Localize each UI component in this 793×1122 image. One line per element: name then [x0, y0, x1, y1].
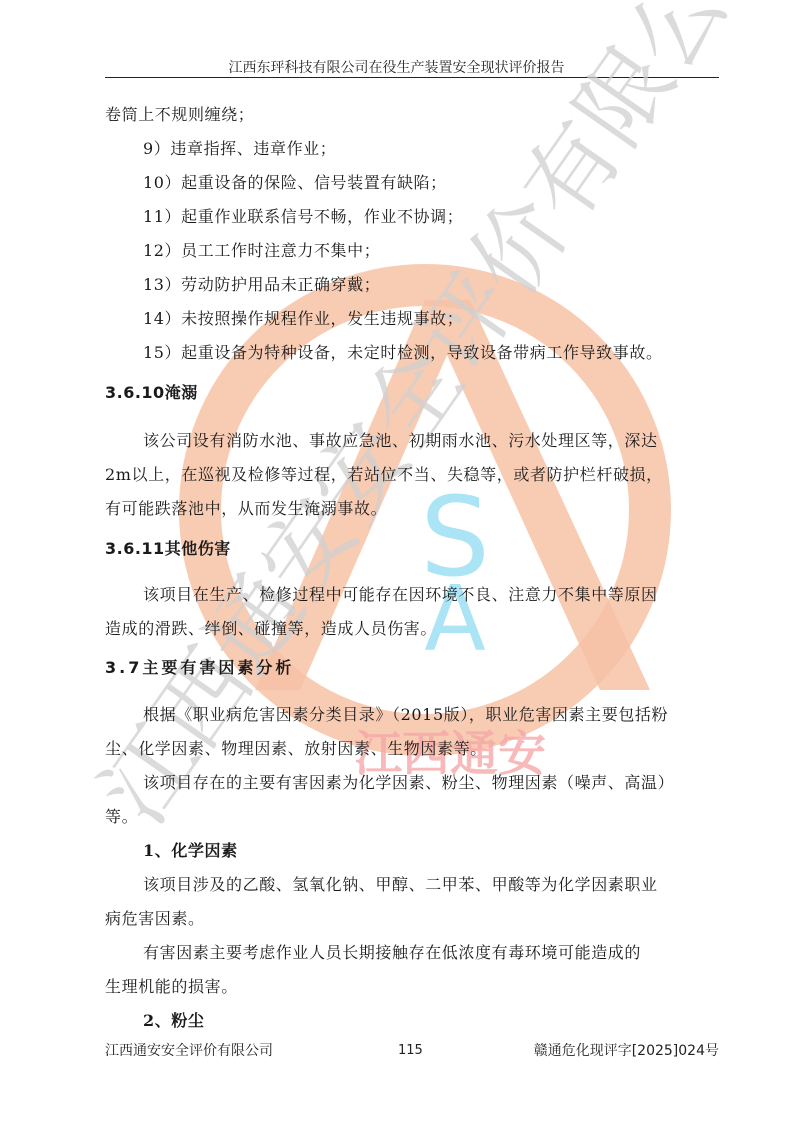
paragraph-line: 生理机能的损害。: [105, 974, 238, 997]
paragraph-line: 等。: [105, 804, 138, 827]
paragraph-line: 有害因素主要考虑作业人员长期接触存在低浓度有毒环境可能造成的: [143, 940, 641, 963]
list-item: 15）起重设备为特种设备，未定时检测，导致设备带病工作导致事故。: [143, 340, 663, 363]
paragraph-line: 造成的滑跌、绊倒、碰撞等，造成人员伤害。: [105, 616, 437, 639]
subheading-dust: 2、粉尘: [143, 1008, 205, 1031]
section-heading-3-6-10: 3.6.10淹溺: [105, 380, 198, 403]
report-header-title: 江西东玶科技有限公司在役生产装置安全现状评价报告: [0, 57, 793, 77]
page-number: 115: [398, 1043, 423, 1058]
paragraph-line: 该项目存在的主要有害因素为化学因素、粉尘、物理因素（噪声、高温）: [143, 770, 674, 793]
section-heading-3-6-11: 3.6.11其他伤害: [105, 536, 231, 559]
footer-report-code: 赣通危化现评字[2025]024号: [534, 1040, 719, 1060]
list-item: 13）劳动防护用品未正确穿戴；: [143, 272, 380, 295]
subheading-chemical-factors: 1、化学因素: [143, 838, 238, 861]
paragraph-line: 该项目在生产、检修过程中可能存在因环境不良、注意力不集中等原因: [143, 582, 658, 605]
list-item: 12）员工工作时注意力不集中；: [143, 238, 380, 261]
paragraph-line: 该项目涉及的乙酸、氢氧化钠、甲醇、二甲苯、甲酸等为化学因素职业: [143, 872, 658, 895]
paragraph-line: 2m以上，在巡视及检修等过程，若站位不当、失稳等，或者防护栏杆破损，: [105, 462, 663, 485]
paragraph-line: 有可能跌落池中，从而发生淹溺事故。: [105, 496, 387, 519]
paragraph-line: 尘、化学因素、物理因素、放射因素、生物因素等。: [105, 736, 487, 759]
continuation-text: 卷筒上不规则缠绕；: [105, 102, 254, 125]
list-item: 14）未按照操作规程作业，发生违规事故；: [143, 306, 463, 329]
paragraph-line: 根据《职业病危害因素分类目录》（2015版），职业危害因素主要包括粉: [143, 702, 668, 725]
paragraph-line: 病危害因素。: [105, 906, 205, 929]
list-item: 11）起重作业联系信号不畅，作业不协调；: [143, 204, 463, 227]
header-divider: [105, 77, 719, 78]
paragraph-line: 该公司设有消防水池、事故应急池、初期雨水池、污水处理区等，深达: [143, 428, 658, 451]
list-item: 9）违章指挥、违章作业；: [143, 136, 336, 159]
list-item: 10）起重设备的保险、信号装置有缺陷；: [143, 170, 447, 193]
section-heading-3-7: 3.7主要有害因素分析: [105, 655, 294, 678]
footer-company: 江西通安安全评价有限公司: [105, 1040, 273, 1060]
